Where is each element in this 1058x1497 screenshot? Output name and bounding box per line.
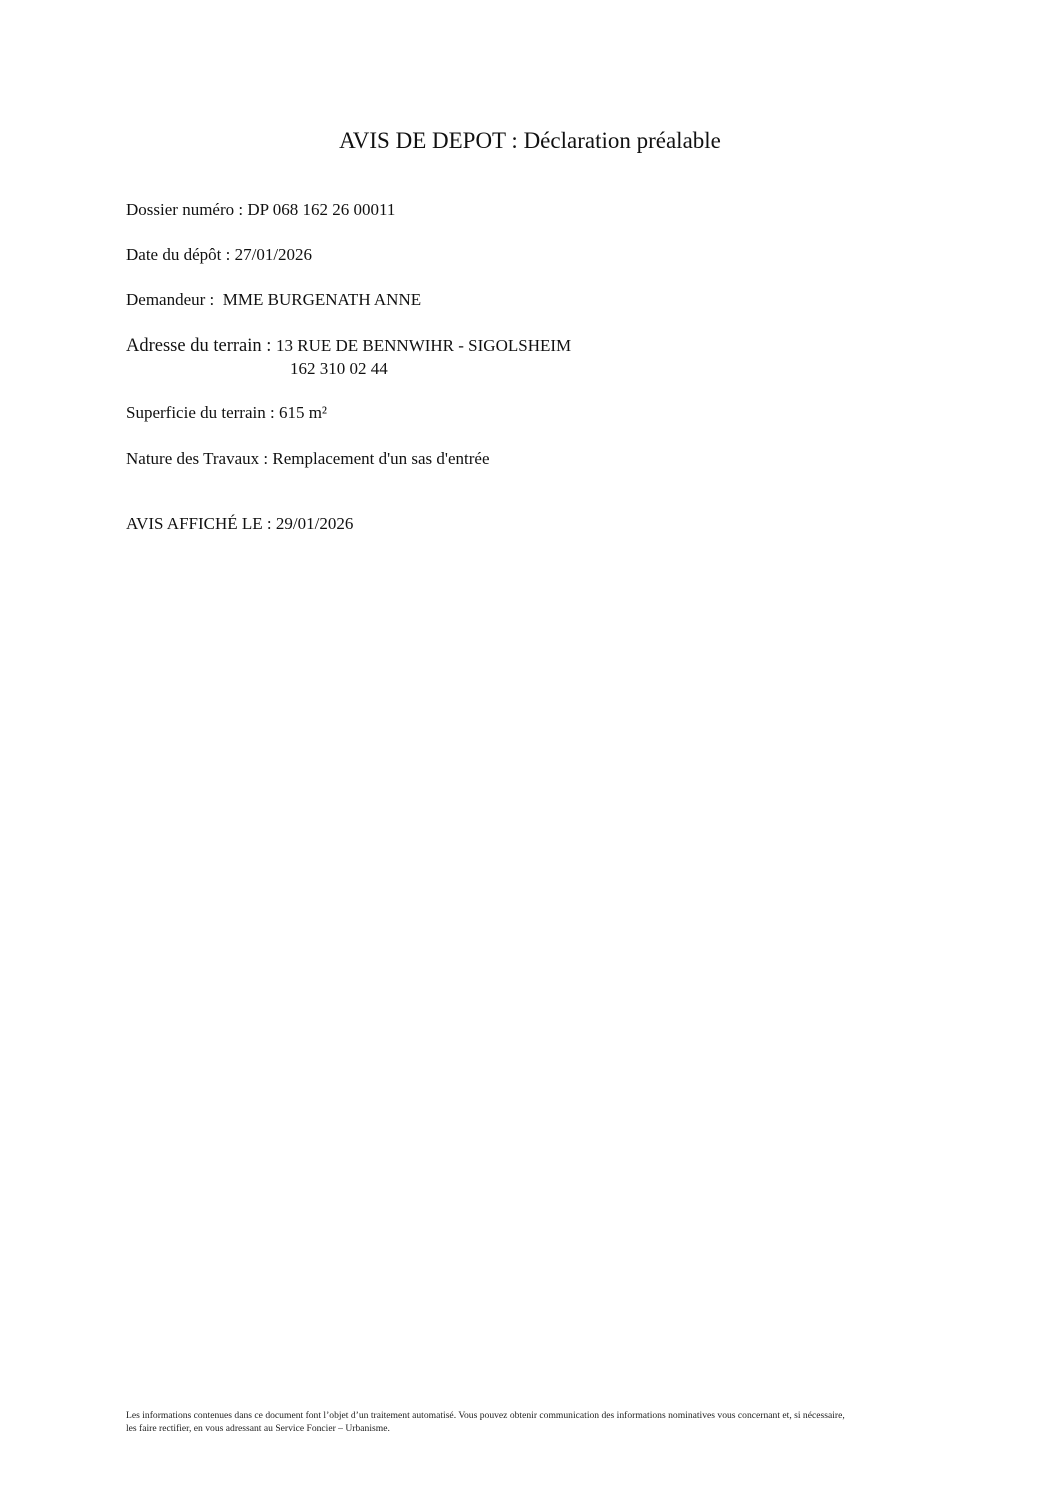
- field-work-nature: Nature des Travaux : Remplacement d'un s…: [126, 448, 490, 470]
- field-value: Remplacement d'un sas d'entrée: [272, 449, 489, 468]
- field-label: Superficie du terrain :: [126, 403, 279, 422]
- field-value: 29/01/2026: [276, 514, 353, 533]
- field-label: Dossier numéro :: [126, 200, 247, 219]
- field-label: Date du dépôt :: [126, 245, 235, 264]
- field-deposit-date: Date du dépôt : 27/01/2026: [126, 244, 312, 266]
- document-title: AVIS DE DEPOT : Déclaration préalable: [0, 126, 1058, 156]
- field-value: 615 m²: [279, 403, 327, 422]
- document-title-text: AVIS DE DEPOT : Déclaration préalable: [339, 128, 721, 153]
- field-value: 13 RUE DE BENNWIHR - SIGOLSHEIM: [276, 336, 571, 355]
- legal-footer: Les informations contenues dans ce docum…: [126, 1409, 936, 1435]
- field-applicant: Demandeur : MME BURGENATH ANNE: [126, 289, 421, 311]
- footer-line-2: les faire rectifier, en vous adressant a…: [126, 1422, 936, 1435]
- field-posted-date: AVIS AFFICHÉ LE : 29/01/2026: [126, 513, 353, 535]
- footer-line-1: Les informations contenues dans ce docum…: [126, 1409, 936, 1422]
- field-dossier-number: Dossier numéro : DP 068 162 26 00011: [126, 199, 395, 221]
- field-value: 27/01/2026: [235, 245, 312, 264]
- field-label: Demandeur :: [126, 290, 223, 309]
- field-label: Adresse du terrain :: [126, 336, 276, 356]
- field-land-area: Superficie du terrain : 615 m²: [126, 402, 327, 424]
- field-value: DP 068 162 26 00011: [247, 200, 395, 219]
- field-label: Nature des Travaux :: [126, 449, 272, 468]
- field-label: AVIS AFFICHÉ LE :: [126, 514, 276, 533]
- field-land-address-parcel: 162 310 02 44: [290, 358, 388, 380]
- field-value: MME BURGENATH ANNE: [223, 290, 421, 309]
- field-land-address: Adresse du terrain : 13 RUE DE BENNWIHR …: [126, 335, 571, 357]
